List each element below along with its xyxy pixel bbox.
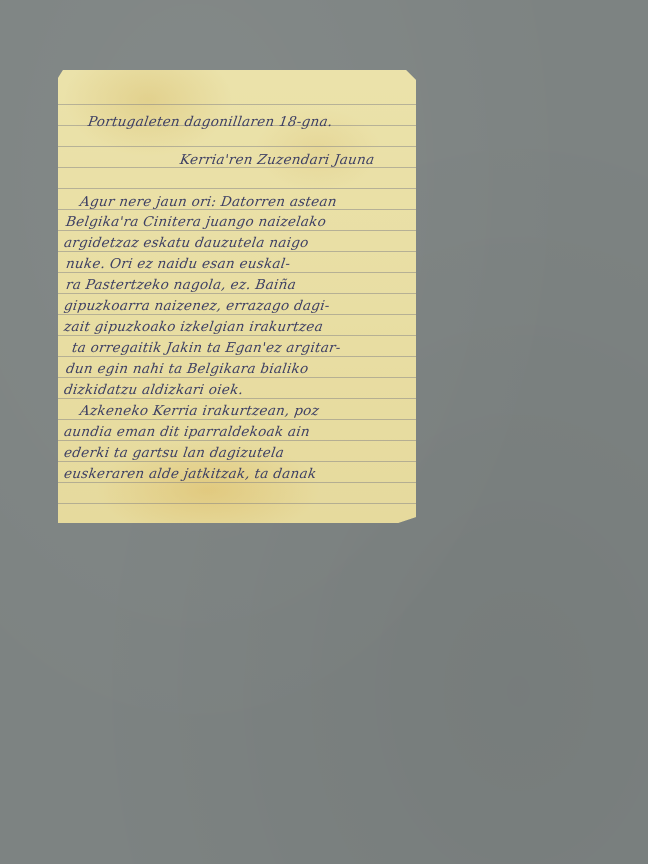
body-line: nuke. Ori ez naidu esan euskal- [65,256,292,272]
grey-mounting-board: Portugaleten dagonillaren 18-gna. Kerria… [0,0,648,864]
body-line: dun egin nahi ta Belgikara bialiko [65,361,310,377]
body-line: ra Pastertzeko nagola, ez. Baiña [65,277,297,293]
body-line: gipuzkoarra naizenez, errazago dagi- [63,298,331,314]
body-line: zait gipuzkoako izkelgian irakurtzea [63,319,324,335]
body-line: Belgika'ra Cinitera juango naizelako [65,214,327,230]
body-line: argidetzaz eskatu dauzutela naigo [63,235,310,251]
salutation: Kerria'ren Zuzendari Jauna [179,152,376,168]
body-line: euskeraren alde jatkitzak, ta danak [63,466,318,482]
body-line: ta orregaitik Jakin ta Egan'ez argitar- [71,340,342,356]
body-line: Azkeneko Kerria irakurtzean, poz [79,403,320,419]
body-line: Agur nere jaun ori: Datorren astean [79,194,338,210]
date-line: Portugaleten dagonillaren 18-gna. [87,114,334,130]
body-line: dizkidatzu aldizkari oiek. [63,382,244,398]
letter-sheet: Portugaleten dagonillaren 18-gna. Kerria… [58,70,416,523]
body-line: aundia eman dit iparraldekoak ain [63,424,311,440]
body-line: ederki ta gartsu lan dagizutela [63,445,285,461]
